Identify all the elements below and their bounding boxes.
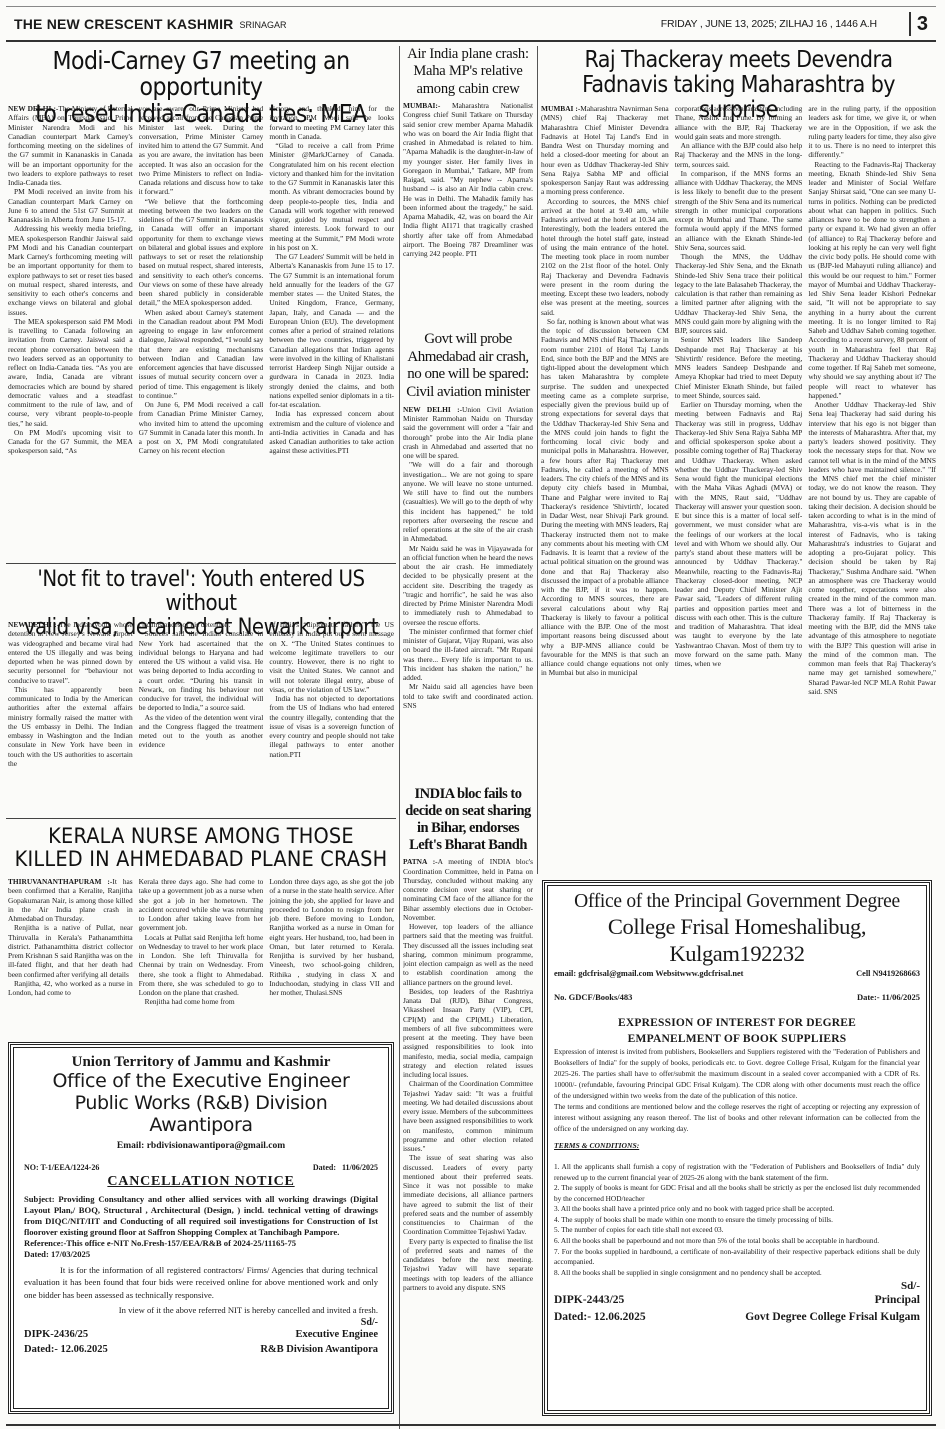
column: London three days ago, as she got the jo…: [269, 877, 394, 1039]
divider: [6, 563, 396, 564]
article-air-india-relative: Air India plane crash: Maha MP's relativ…: [403, 46, 533, 258]
article-body: NEW DELHI :-The Indian youth whose deten…: [8, 620, 394, 816]
column: MUMBAI :-Maharashtra Navnirman Sena (MNS…: [541, 104, 669, 872]
column-divider: [537, 46, 538, 874]
contact-website: Websitwww.gdcfrisal.net: [655, 969, 743, 978]
column: you are aware, our Prime Minister had re…: [139, 104, 264, 556]
term-item: 5. The number of copies for each title s…: [554, 1225, 920, 1236]
column: circumstances of his detention. Sources …: [139, 620, 264, 816]
article-body: NEW DELHI :-The Ministry of External Aff…: [8, 104, 394, 556]
notice-title: EXPRESSION OF INTEREST FOR DEGREE EMPANE…: [554, 1016, 920, 1047]
term-item: 4. The supply of books shall be made wit…: [554, 1215, 920, 1226]
article-india-bloc: INDIA bloc fails to decide on seat shari…: [403, 786, 533, 1428]
article-body: MUMBAI :-Maharashtra Navnirman Sena (MNS…: [541, 104, 936, 872]
newspaper-page: THE NEW CRESCENT KASHMIR SRINAGAR FRIDAY…: [6, 6, 936, 1424]
reference-number: No. GDCF/Books/483: [554, 992, 632, 1002]
notice-date: Date:- 11/06/2025: [857, 992, 920, 1002]
article-raj-thackeray: Raj Thackeray meets Devendra Fadnavis ta…: [541, 46, 936, 874]
column: of India's “diplomatic failure”, the US …: [269, 620, 394, 816]
term-item: 3. All the books shall have a printed pr…: [554, 1204, 920, 1215]
headline: Govt will probe Ahmedabad air crash, no …: [403, 331, 533, 402]
terms-list: 1. All the applicants shall furnish a co…: [554, 1162, 920, 1278]
column: Kerala three days ago. She had come to t…: [139, 877, 264, 1039]
headline: KERALA NURSE AMONG THOSE KILLED IN AHMED…: [6, 825, 396, 871]
advertisement-expression-of-interest: Office of the Principal Government Degre…: [542, 880, 932, 1416]
article-govt-probe: Govt will probe Ahmedabad air crash, no …: [403, 331, 533, 781]
article-modi-carney: Modi-Carney G7 meeting an opportunity to…: [6, 46, 396, 560]
headline: INDIA bloc fails to decide on seat shari…: [403, 786, 533, 854]
term-item: 8. All the books shall be supplied in si…: [554, 1268, 920, 1279]
contact-cell: Cell N9419268663: [856, 969, 920, 978]
advertisement-cancellation-notice: Union Territory of Jammu and Kashmir Off…: [8, 1042, 394, 1414]
article-kerala-nurse: KERALA NURSE AMONG THOSE KILLED IN AHMED…: [6, 821, 396, 1039]
article-newark: 'Not fit to travel': Youth entered US wi…: [6, 566, 396, 816]
column: victory and thanked him for the invitati…: [269, 104, 394, 556]
article-body: THIRUVANANTHAPURAM :-It has been confirm…: [8, 877, 394, 1039]
notice-title: CANCELLATION NOTICE: [24, 1174, 378, 1190]
bottom-rule: [6, 1424, 936, 1426]
page-number: 3: [909, 12, 928, 36]
term-item: 7. For the books supplied in hardbound, …: [554, 1247, 920, 1268]
column: are in the ruling party, if the oppositi…: [808, 104, 936, 872]
newspaper-name: THE NEW CRESCENT KASHMIR: [14, 16, 233, 32]
contact-email: email: gdcfrisal@gmail.com: [554, 969, 653, 978]
column: NEW DELHI :-The Indian youth whose deten…: [8, 620, 133, 816]
term-item: 6. All the books shall be paperbound and…: [554, 1236, 920, 1247]
divider: [6, 818, 396, 819]
term-item: 2. The supply of books is meant for GDC …: [554, 1183, 920, 1204]
column-divider: [399, 46, 400, 1429]
notice-date: Dated: 11/06/2025: [313, 1163, 378, 1172]
headline: Air India plane crash: Maha MP's relativ…: [403, 46, 533, 98]
reference-number: NO: T-1/EEA/1224-26: [24, 1163, 99, 1172]
newspaper-city: SRINAGAR: [239, 20, 286, 30]
column: THIRUVANANTHAPURAM :-It has been confirm…: [8, 877, 133, 1039]
column: NEW DELHI :-The Ministry of External Aff…: [8, 104, 133, 556]
masthead: THE NEW CRESCENT KASHMIR SRINAGAR FRIDAY…: [6, 6, 936, 42]
issue-date: FRIDAY , JUNE 13, 2025; ZILHAJ 16 , 1446…: [661, 18, 877, 30]
column: corporations across Maharashtra, includi…: [675, 104, 803, 872]
term-item: 1. All the applicants shall furnish a co…: [554, 1162, 920, 1183]
